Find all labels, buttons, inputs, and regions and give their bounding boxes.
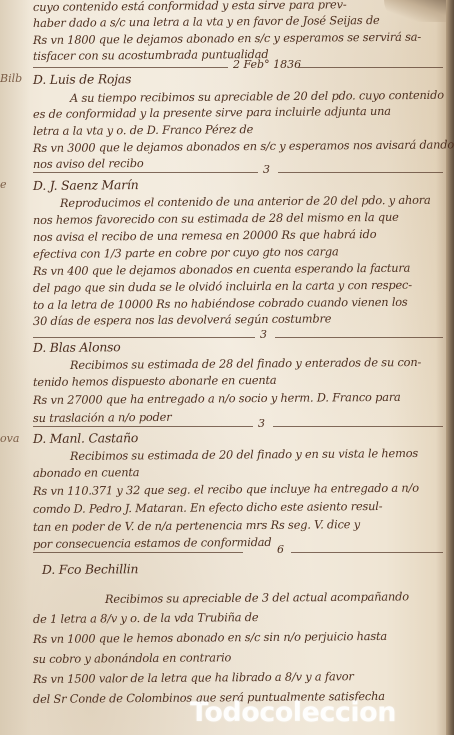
- entry-date: 2 Feb° 1836: [233, 58, 301, 71]
- margin-note: Bilb: [0, 72, 22, 85]
- separator-rule-right: [298, 67, 443, 68]
- entry-line: Rs vn 1500 valor de la letra que ha libr…: [33, 669, 354, 686]
- separator-rule-left: [33, 552, 243, 553]
- margin-note: ova: [0, 432, 19, 445]
- entry-addressee: D. Luis de Rojas: [33, 71, 131, 87]
- entry-line: Rs vn 1000 que le hemos abonado en s/c s…: [33, 629, 387, 646]
- entry-line: es de conformidad y la presente sirve pa…: [33, 104, 391, 121]
- continuation-line-3: Rs vn 1800 que le dejamos abonado en s/c…: [33, 30, 421, 47]
- entry-addressee: D. Blas Alonso: [33, 339, 121, 355]
- separator-rule-left: [33, 337, 255, 338]
- entry-line: del pago que sin duda se le olvidó inclu…: [33, 278, 412, 295]
- entry-line: Rs vn 400 que le dejamos abonados en cue…: [33, 261, 410, 278]
- entry-line: Rs vn 110.371 y 32 que seg. el recibo qu…: [33, 481, 419, 498]
- entry-line: to a la letra de 10000 Rs no habiéndose …: [33, 295, 408, 312]
- entry-line: tan en poder de V. de n/a pertenencia mr…: [33, 517, 360, 534]
- page-left-shadow: [0, 0, 30, 735]
- entry-line: de 1 letra a 8/v y o. de la vda Trubiña …: [33, 610, 259, 626]
- separator-rule-right: [291, 552, 443, 553]
- document-page: cuyo contenido está conformidad y esta s…: [0, 0, 454, 735]
- entry-line: letra a la vta y o. de D. Franco Pérez d…: [33, 122, 253, 138]
- entry-line: comdo D. Pedro J. Mataran. En efecto dic…: [33, 499, 382, 516]
- separator-number: 3: [260, 328, 267, 341]
- entry-line: A su tiempo recibimos su apreciable de 2…: [70, 88, 444, 105]
- separator-rule-right: [273, 426, 443, 427]
- entry-line: Recibimos su apreciable de 3 del actual …: [105, 589, 409, 606]
- entry-line: su cobro y abonándola en contrario: [33, 650, 231, 666]
- margin-note: e: [0, 178, 7, 191]
- entry-addressee: D. Fco Bechillin: [42, 561, 138, 577]
- separator-rule-left: [33, 426, 253, 427]
- separator-number: 6: [277, 543, 284, 556]
- entry-addressee: D. J. Saenz Marín: [33, 177, 139, 193]
- entry-line: efectiva con 1/3 parte en cobre por cuyo…: [33, 244, 339, 261]
- entry-line: Rs vn 27000 que ha entregado a n/o socio…: [33, 390, 401, 407]
- entry-line: nos avisa el recibo de una remesa en 200…: [33, 227, 376, 244]
- continuation-line-2: haber dado a s/c una letra a la vta y en…: [33, 13, 380, 30]
- entry-line: 30 días de espera nos las devolverá segú…: [33, 311, 331, 328]
- separator-rule-left: [33, 67, 228, 68]
- entry-line: nos hemos favorecido con su estimada de …: [33, 210, 399, 227]
- entry-line: Rs vn 3000 que le dejamos abonados en s/…: [33, 137, 454, 155]
- entry-line: Recibimos su estimada de 28 del finado y…: [70, 355, 421, 372]
- entry-line: Reproducimos el contenido de una anterio…: [60, 193, 431, 210]
- continuation-line-1: cuyo contenido está conformidad y esta s…: [33, 0, 347, 14]
- entry-addressee: D. Manl. Castaño: [33, 430, 138, 446]
- entry-line: abonado en cuenta: [33, 465, 139, 480]
- separator-number: 3: [258, 417, 265, 430]
- separator-rule-right: [278, 172, 443, 173]
- separator-rule-left: [33, 172, 258, 173]
- separator-number: 3: [263, 163, 270, 176]
- book-spine-edge: [446, 0, 454, 735]
- entry-line: tenido hemos dispuesto abonarle en cuent…: [33, 373, 277, 389]
- entry-separator: 6: [33, 545, 443, 559]
- watermark-logo: Todocoleccion: [190, 697, 396, 728]
- page-corner-fold: [384, 0, 454, 22]
- separator-rule-right: [275, 337, 443, 338]
- entry-line: Recibimos su estimada de 20 del finado y…: [70, 446, 418, 463]
